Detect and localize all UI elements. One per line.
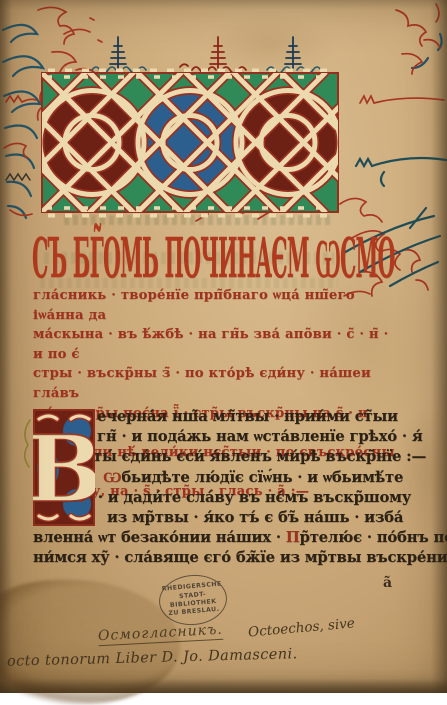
library-stamp: RHEDIGERSCHE STADT- BIBLIOTHEK ZU BRESLA… (157, 572, 229, 628)
initial-letter-graphic: В (33, 409, 95, 526)
headpiece-ornament (38, 68, 342, 218)
text-line-pre: вленна́ ѡт безако́нии на́ших · (33, 529, 286, 546)
text-line-rest: бьидѣте лю́дїє сїѡ́нь · и ѡбьимѣ́те (121, 469, 403, 486)
rubric-line: стры · въскр̃ны з̃ · по кто́рѣ єди́ну · … (33, 364, 401, 403)
finial-tower-marks (110, 37, 301, 68)
manuscript-page: СЪ БГ̃ОМЬ ПОЧИНАЄМ ѠСМО гла́сникь · твор… (0, 0, 447, 693)
dark-zigzag-mark (6, 174, 30, 180)
initial-tendril (25, 420, 30, 467)
rubric-line: ма́скына · въ ѣ́жбѣ · на гн̃ь зва́ апо̃в… (33, 325, 401, 364)
handwritten-cyrillic-title: Осмогласникъ. (98, 622, 224, 647)
text-line: вленна́ ѡт безако́нии на́ших · Пр̃телю́є… (33, 528, 427, 548)
illuminated-initial: В (33, 409, 95, 526)
body-text-block: В ечерна́я нш̃а мл̃твы · прии́ми ст̃ыи г… (33, 407, 427, 569)
text-line: ни́мся ху̃ · сла́вяще єго́ бж̃їе из мр̃т… (33, 548, 427, 568)
faint-stain (205, 14, 335, 76)
red-capital: П (286, 529, 300, 546)
knotwork-headpiece-graphic (38, 68, 342, 218)
handwritten-latin-note: Octoechos, sive (248, 615, 356, 640)
page-title: СЪ БГ̃ОМЬ ПОЧИНАЄМ ѠСМО (32, 227, 395, 292)
rubric-line: гла́сникь · творе́нїе прп̃бнаго ѡца́ нш̃… (33, 286, 401, 325)
text-line-rest: р̃телю́є · по́бнъ покло (300, 529, 447, 546)
initial-letter: В (33, 415, 95, 523)
quire-mark: а̃ (383, 575, 392, 591)
knotwork-lattice (38, 73, 342, 212)
red-capital: Ѡ (103, 469, 121, 486)
handwritten-latin-note: octo tonorum Liber D. Jo. Damasceni. (7, 646, 298, 670)
